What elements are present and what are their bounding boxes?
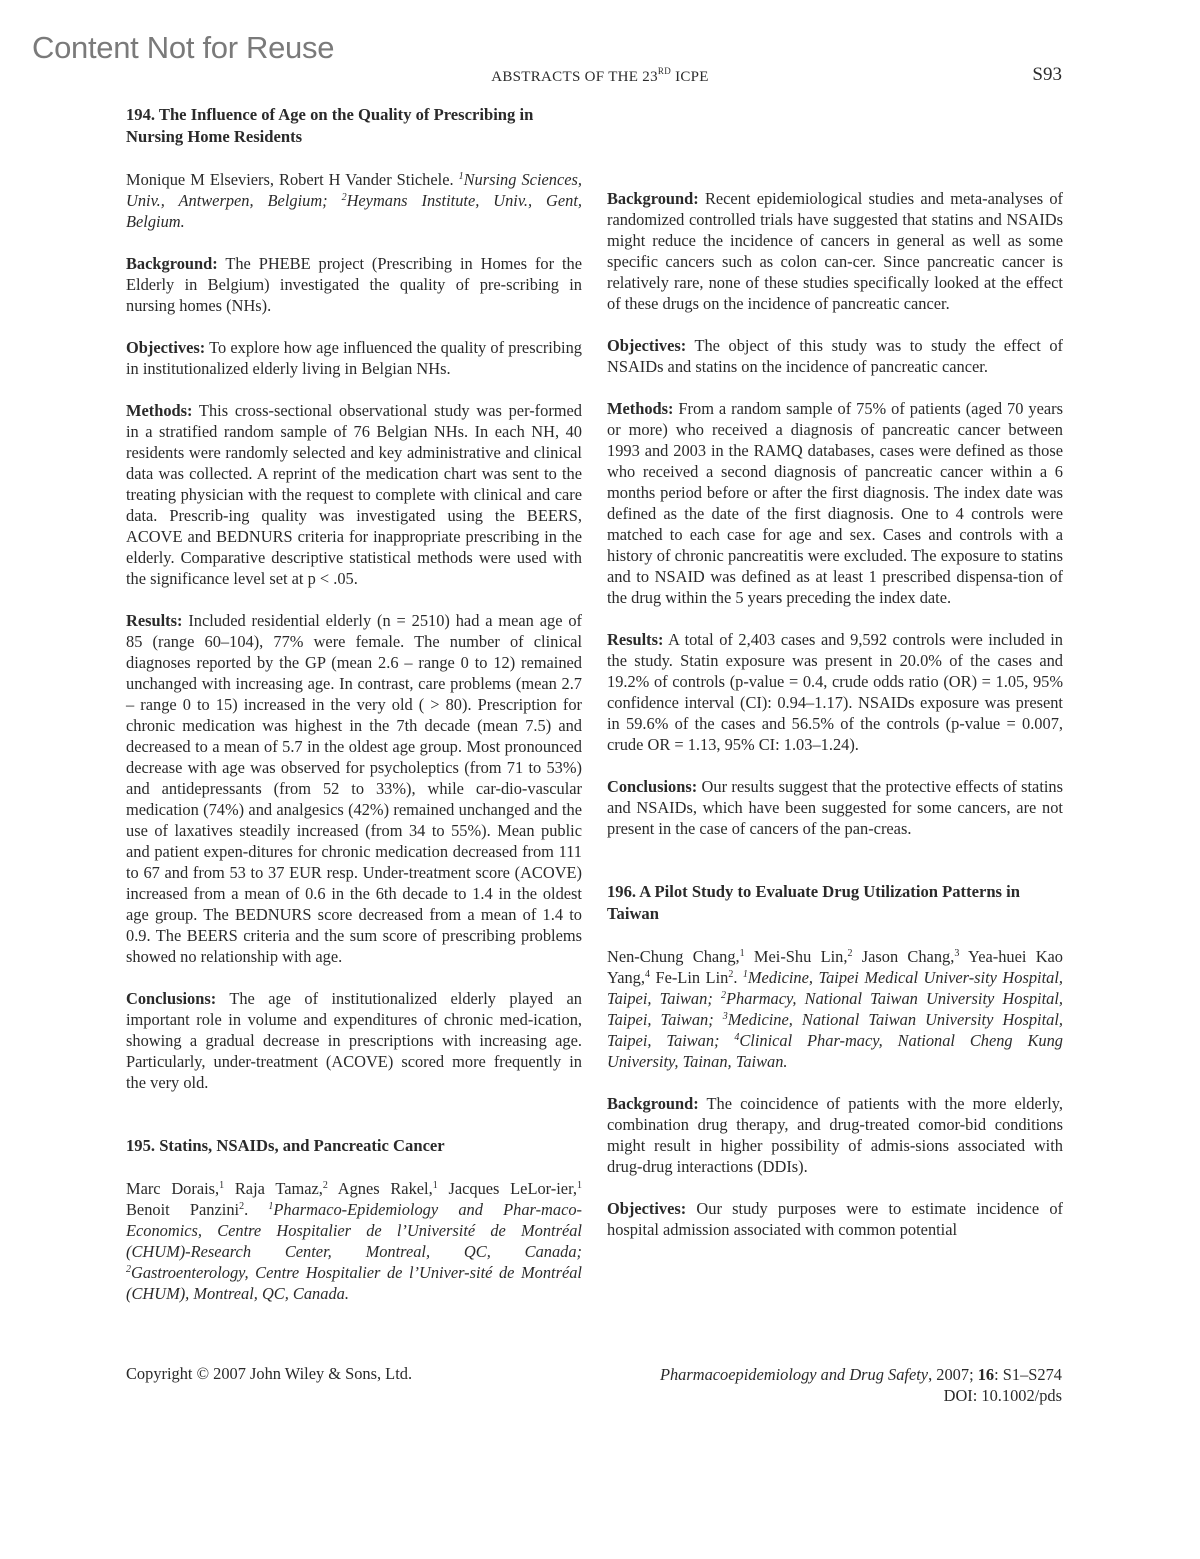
journal-citation: Pharmacoepidemiology and Drug Safety, 20… — [660, 1364, 1062, 1406]
author-separator: . — [733, 968, 743, 987]
abstract-194: 194. The Influence of Age on the Quality… — [126, 104, 582, 1093]
section-label: Objectives: — [607, 1199, 686, 1218]
abstract-196-title: 196. A Pilot Study to Evaluate Drug Util… — [607, 881, 1063, 925]
abstract-196-authors: Nen-Chung Chang,1 Mei-Shu Lin,2 Jason Ch… — [607, 946, 1063, 1072]
abstract-195: 195. Statins, NSAIDs, and Pancreatic Can… — [126, 1135, 582, 1304]
left-column: 194. The Influence of Age on the Quality… — [126, 104, 582, 1304]
abstract-194-objectives: Objectives: To explore how age influence… — [126, 337, 582, 379]
section-label: Background: — [607, 189, 699, 208]
running-head: ABSTRACTS OF THE 23RD ICPE — [0, 66, 1200, 86]
abstract-196-objectives: Objectives: Our study purposes were to e… — [607, 1198, 1063, 1240]
abstract-194-conclusions: Conclusions: The age of institutionalize… — [126, 988, 582, 1093]
abstract-195-results: Results: A total of 2,403 cases and 9,59… — [607, 629, 1063, 755]
running-head-text: ABSTRACTS OF THE 23 — [491, 69, 658, 85]
author: Raja Tamaz, — [224, 1179, 323, 1198]
section-label: Conclusions: — [126, 989, 216, 1008]
author: Fe-Lin Lin — [650, 968, 728, 987]
abstract-196-background: Background: The coincidence of patients … — [607, 1093, 1063, 1177]
section-text: Included residential elderly (n = 2510) … — [126, 611, 582, 966]
abstract-195-objectives: Objectives: The object of this study was… — [607, 335, 1063, 377]
author-separator: . — [244, 1200, 268, 1219]
section-label: Background: — [126, 254, 218, 273]
page-number: S93 — [1032, 64, 1062, 86]
section-label: Results: — [126, 611, 182, 630]
abstract-194-title: 194. The Influence of Age on the Quality… — [126, 104, 582, 148]
author: Benoit Panzini — [126, 1200, 239, 1219]
section-text: This cross-sectional observational study… — [126, 401, 582, 588]
author: Jason Chang, — [852, 947, 954, 966]
abstract-194-authors: Monique M Elseviers, Robert H Vander Sti… — [126, 169, 582, 232]
right-column: Background: Recent epidemiological studi… — [607, 104, 1063, 1240]
doi: DOI: 10.1002/pds — [660, 1385, 1062, 1406]
running-head-suffix: ICPE — [671, 69, 709, 85]
section-label: Objectives: — [607, 336, 686, 355]
abstract-194-methods: Methods: This cross-sectional observatio… — [126, 400, 582, 589]
journal-volume: 16 — [978, 1365, 994, 1384]
author: Mei-Shu Lin, — [745, 947, 848, 966]
watermark: Content Not for Reuse — [32, 30, 334, 66]
abstract-194-results: Results: Included residential elderly (n… — [126, 610, 582, 967]
section-text: From a random sample of 75% of patients … — [607, 399, 1063, 607]
affiliation-marker: 1 — [577, 1180, 582, 1191]
section-label: Methods: — [607, 399, 673, 418]
author-list: Monique M Elseviers, Robert H Vander Sti… — [126, 170, 459, 189]
abstract-196: 196. A Pilot Study to Evaluate Drug Util… — [607, 881, 1063, 1240]
journal-name: Pharmacoepidemiology and Drug Safety — [660, 1365, 928, 1384]
running-head-superscript: RD — [658, 66, 671, 76]
section-label: Objectives: — [126, 338, 205, 357]
journal-year: , 2007; — [928, 1365, 978, 1384]
abstract-195-conclusions: Conclusions: Our results suggest that th… — [607, 776, 1063, 839]
author: Marc Dorais, — [126, 1179, 219, 1198]
section-label: Background: — [607, 1094, 699, 1113]
journal-pages: : S1–S274 — [994, 1365, 1062, 1384]
section-label: Conclusions: — [607, 777, 697, 796]
abstract-195-title: 195. Statins, NSAIDs, and Pancreatic Can… — [126, 1135, 582, 1157]
abstract-195-authors: Marc Dorais,1 Raja Tamaz,2 Agnes Rakel,1… — [126, 1178, 582, 1304]
abstract-195-methods: Methods: From a random sample of 75% of … — [607, 398, 1063, 608]
section-label: Results: — [607, 630, 663, 649]
abstract-195-background: Background: Recent epidemiological studi… — [607, 188, 1063, 314]
section-label: Methods: — [126, 401, 192, 420]
author: Nen-Chung Chang, — [607, 947, 740, 966]
copyright-notice: Copyright © 2007 John Wiley & Sons, Ltd. — [126, 1364, 412, 1384]
author: Jacques LeLor-ier, — [438, 1179, 577, 1198]
affiliation: Gastroenterology, Centre Hospitalier de … — [126, 1263, 582, 1303]
abstract-194-background: Background: The PHEBE project (Prescribi… — [126, 253, 582, 316]
author: Agnes Rakel, — [328, 1179, 433, 1198]
section-text: A total of 2,403 cases and 9,592 control… — [607, 630, 1063, 754]
